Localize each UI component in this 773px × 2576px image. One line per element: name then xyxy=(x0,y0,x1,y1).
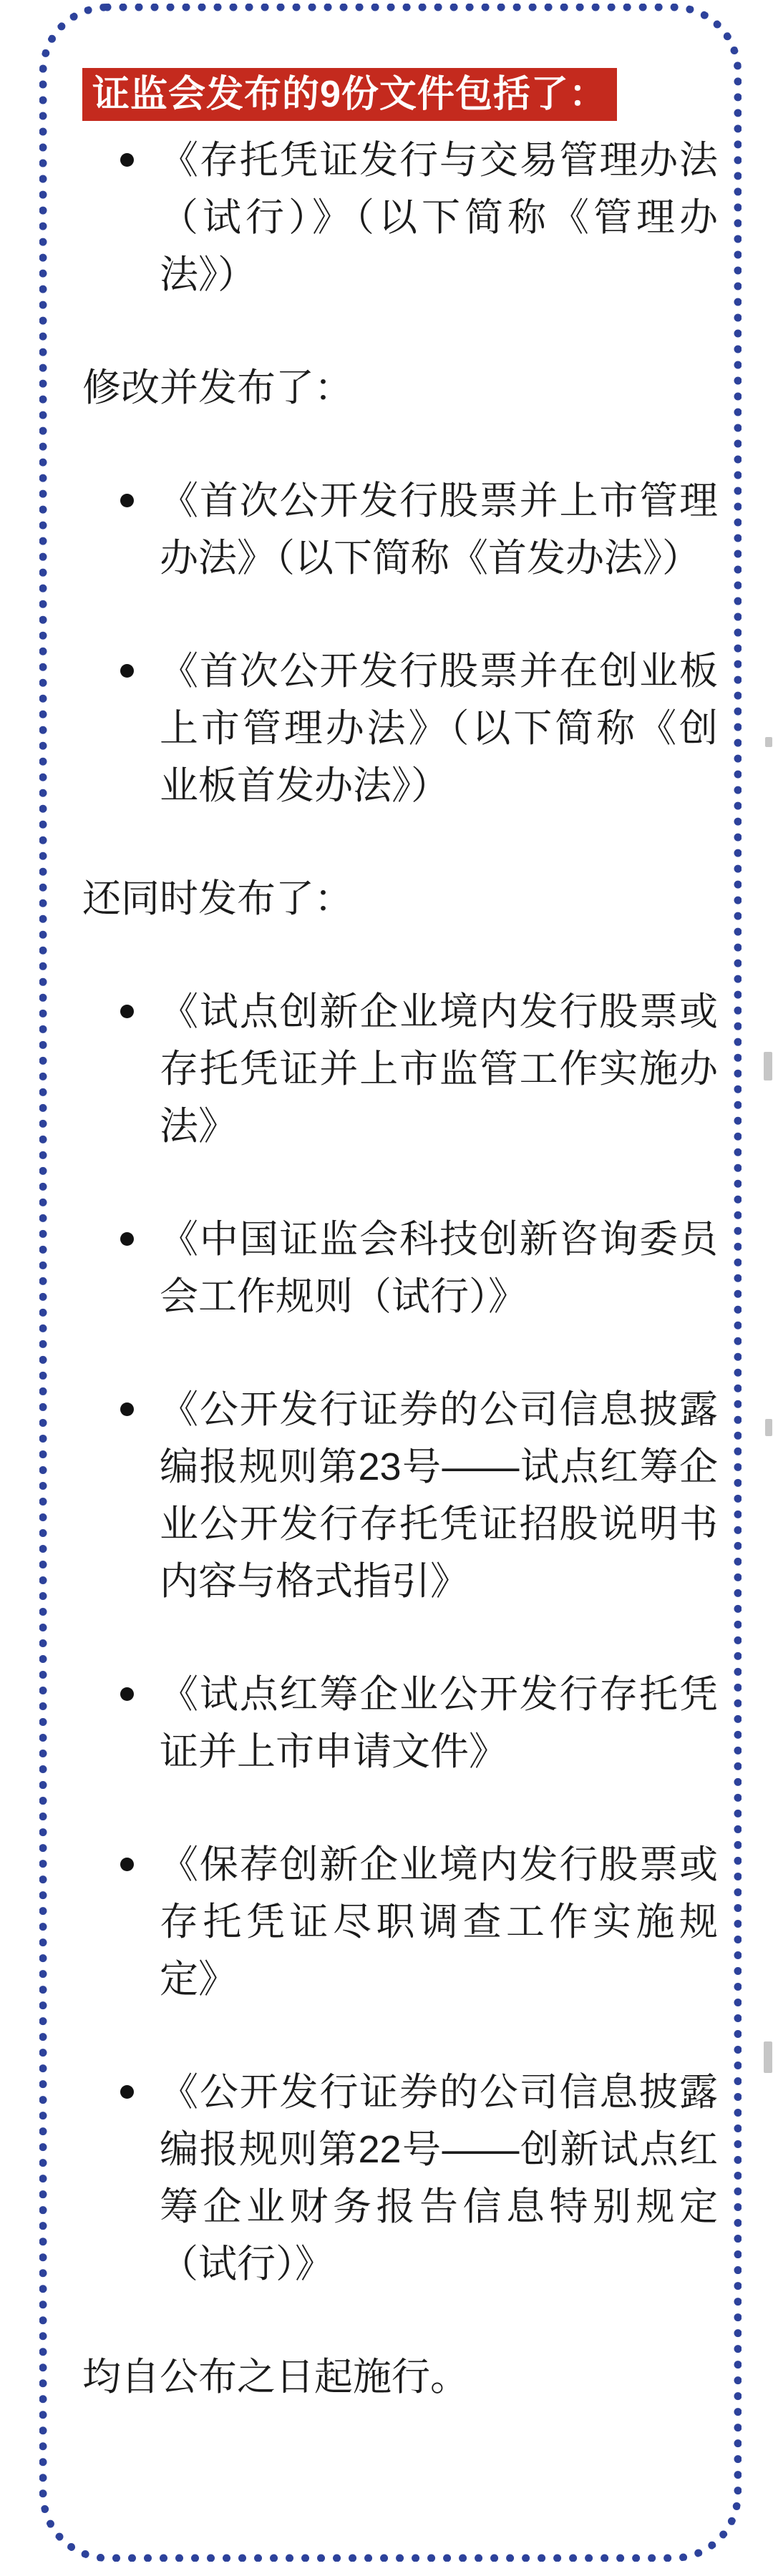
bullet-list-also-issued: 《试点创新企业境内发行股票或存托凭证并上市监管工作实施办法》 《中国证监会科技创… xyxy=(160,983,710,2293)
article-page: 证监会发布的9份文件包括了： 《存托凭证发行与交易管理办法（试行）》（以下简称《… xyxy=(0,0,773,2576)
scrollbar-thumb-fragment[interactable] xyxy=(764,1052,772,1080)
list-item: 《中国证监会科技创新咨询委员会工作规则（试行）》 xyxy=(160,1211,718,1325)
scrollbar-thumb-fragment[interactable] xyxy=(765,737,772,747)
list-item: 《公开发行证券的公司信息披露编报规则第22号——创新试点红筹企业财务报告信息特别… xyxy=(160,2064,718,2293)
article-content: 证监会发布的9份文件包括了： 《存托凭证发行与交易管理办法（试行）》（以下简称《… xyxy=(82,68,710,2406)
list-item: 《存托凭证发行与交易管理办法（试行）》（以下简称《管理办法》） xyxy=(160,132,718,303)
section-label-also-issued: 还同时发布了： xyxy=(82,870,710,927)
bullet-list-modified: 《首次公开发行股票并上市管理办法》（以下简称《首发办法》） 《首次公开发行股票并… xyxy=(160,472,710,814)
section-label-modified: 修改并发布了： xyxy=(82,359,710,416)
bullet-list-issued: 《存托凭证发行与交易管理办法（试行）》（以下简称《管理办法》） xyxy=(160,132,710,303)
closing-statement: 均自公布之日起施行。 xyxy=(82,2348,710,2406)
scrollbar-thumb-fragment[interactable] xyxy=(765,1419,772,1436)
list-item: 《首次公开发行股票并上市管理办法》（以下简称《首发办法》） xyxy=(160,472,718,587)
scrollbar-thumb-fragment[interactable] xyxy=(764,2041,772,2073)
list-item: 《保荐创新企业境内发行股票或存托凭证尽职调查工作实施规定》 xyxy=(160,1836,718,2008)
headline-highlight: 证监会发布的9份文件包括了： xyxy=(82,68,617,121)
list-item: 《首次公开发行股票并在创业板上市管理办法》（以下简称《创业板首发办法》） xyxy=(160,643,718,814)
list-item: 《公开发行证券的公司信息披露编报规则第23号——试点红筹企业公开发行存托凭证招股… xyxy=(160,1381,718,1610)
list-item: 《试点创新企业境内发行股票或存托凭证并上市监管工作实施办法》 xyxy=(160,983,718,1155)
list-item: 《试点红筹企业公开发行存托凭证并上市申请文件》 xyxy=(160,1666,718,1780)
